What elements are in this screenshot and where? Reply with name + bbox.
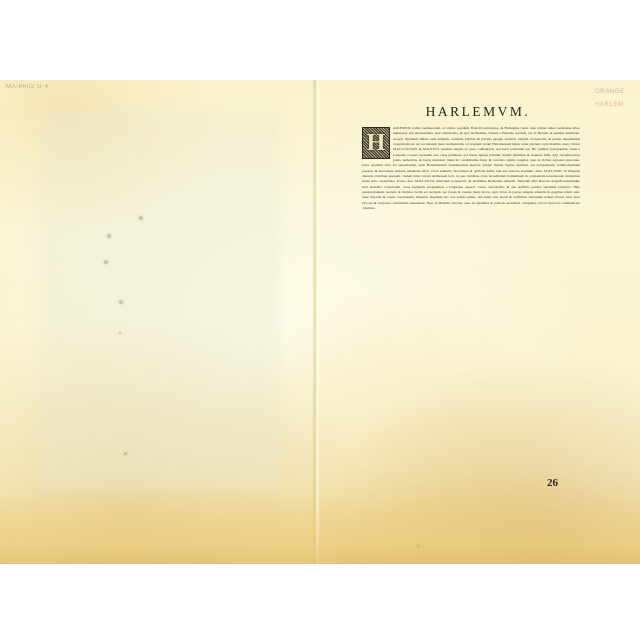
worm-hole-mark — [417, 545, 419, 547]
pencil-annotation-2: HARLEM — [595, 102, 624, 108]
water-stain — [0, 494, 640, 564]
pencil-annotation-1: ORANGE — [595, 89, 625, 95]
inventory-note: MA-PA02 G-4 — [6, 84, 48, 90]
worm-hole-mark — [119, 332, 121, 334]
page-title: HARLEMVM. — [376, 104, 580, 120]
body-wrap: H ARLEMVM, nobile Germanorum, ut volunt,… — [362, 126, 580, 212]
body-text: ARLEMVM, nobile Germanorum, ut volunt, o… — [362, 126, 580, 212]
page-number: 26 — [547, 477, 558, 489]
center-fold — [312, 80, 320, 564]
worm-hole-mark — [107, 234, 111, 238]
atlas-sheet: MA-PA02 G-4 ORANGE HARLEM HARLEMVM. H AR… — [0, 80, 640, 564]
show-through-map-ghost — [40, 110, 280, 490]
initial-letter: H — [367, 130, 386, 156]
worm-hole-mark — [119, 300, 123, 304]
decorated-initial-h: H — [362, 127, 390, 159]
worm-hole-mark — [139, 216, 143, 220]
worm-hole-mark — [124, 452, 127, 455]
worm-hole-mark — [104, 260, 108, 264]
text-column: HARLEMVM. H ARLEMVM, nobile Germanorum, … — [362, 104, 580, 212]
